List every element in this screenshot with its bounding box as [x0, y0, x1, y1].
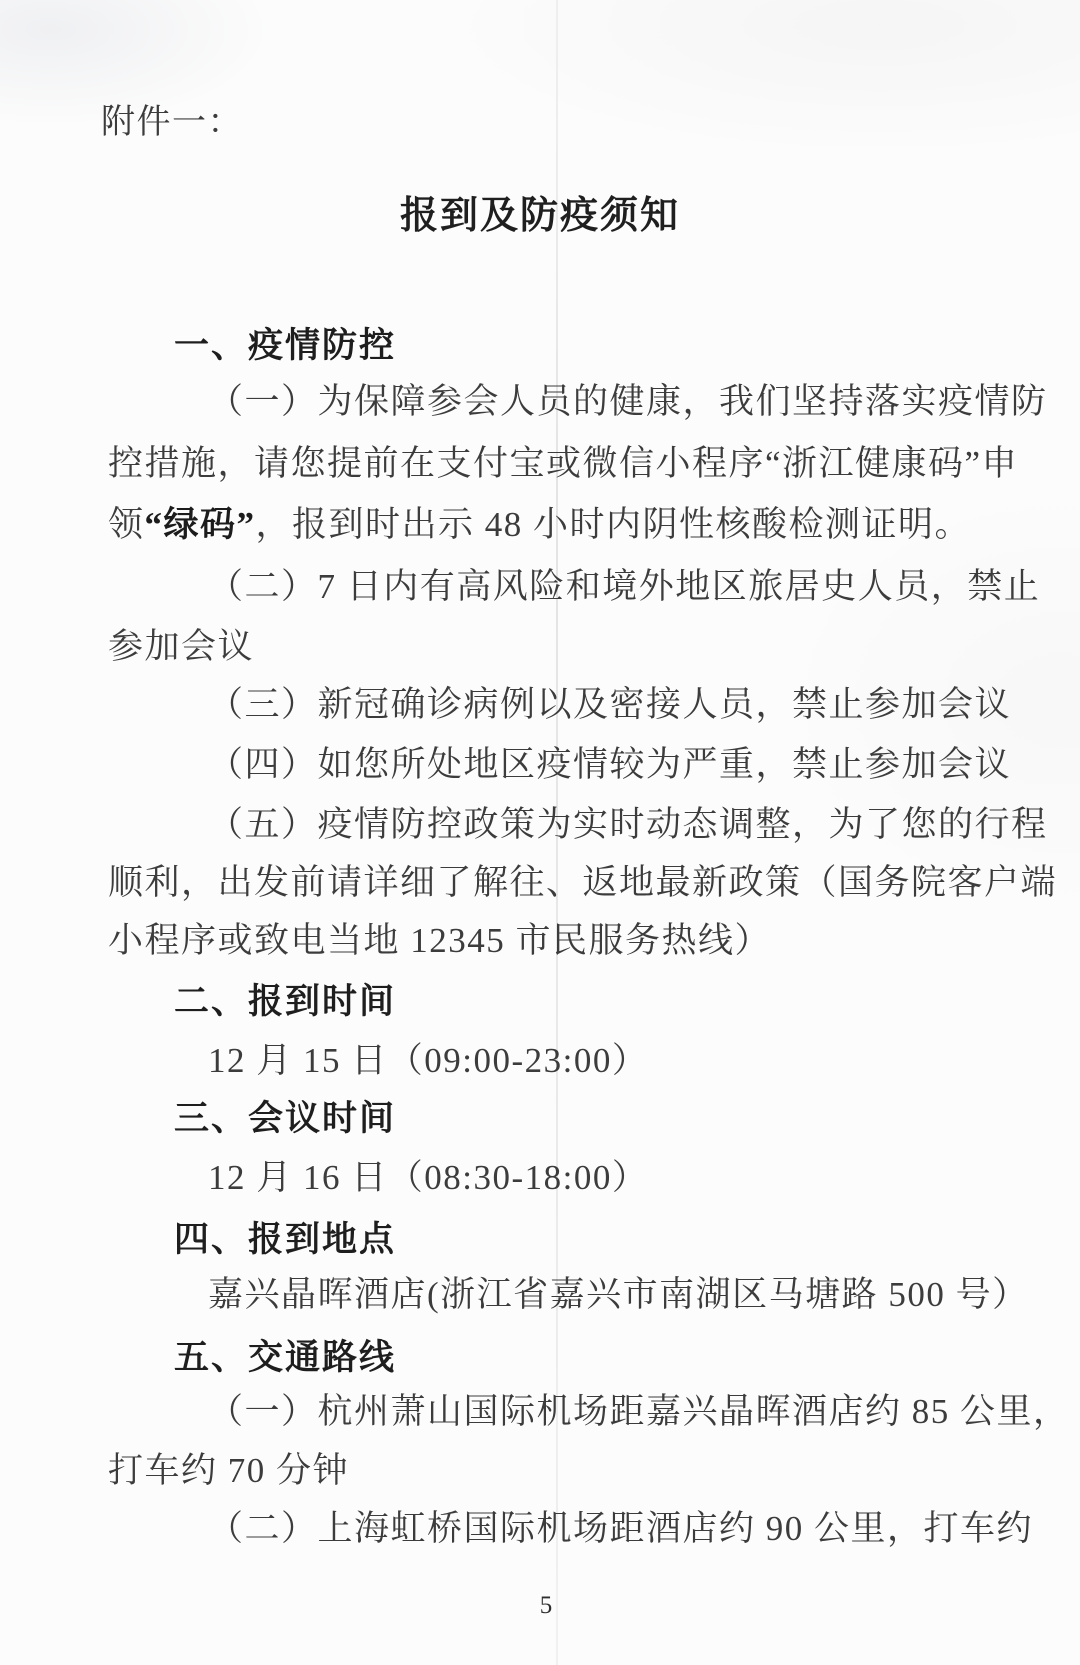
- traffic-para2-line1: （二）上海虹桥国际机场距酒店约 90 公里，打车约: [108, 1508, 1053, 1550]
- green-code-bold: “绿码”: [145, 505, 256, 544]
- scanned-document-page: 附件一： 报到及防疫须知 一、疫情防控 （一）为保障参会人员的健康，我们坚持落实…: [0, 0, 1080, 1665]
- epidemic-para1-line3: 领“绿码”，报到时出示 48 小时内阴性核酸检测证明。: [108, 504, 1053, 546]
- epidemic-para2-line2: 参加会议: [108, 626, 1053, 668]
- meeting-time-value: 12 月 16 日（08:30-18:00）: [108, 1157, 1053, 1199]
- green-code-prefix: 领: [108, 505, 145, 544]
- section-heading-checkin-place: 四、报到地点: [108, 1219, 1053, 1261]
- epidemic-para5-line1: （五）疫情防控政策为实时动态调整，为了您的行程: [108, 804, 1053, 846]
- epidemic-para3: （三）新冠确诊病例以及密接人员，禁止参加会议: [108, 684, 1053, 726]
- document-title: 报到及防疫须知: [0, 194, 1080, 238]
- epidemic-para2-line1: （二）7 日内有高风险和境外地区旅居史人员，禁止: [108, 566, 1053, 608]
- attachment-label: 附件一：: [101, 102, 1046, 144]
- green-code-rest: ，报到时出示 48 小时内阴性核酸检测证明。: [256, 505, 972, 544]
- epidemic-para5-line2: 顺利，出发前请详细了解往、返地最新政策（国务院客户端: [108, 862, 1053, 904]
- epidemic-para5-line3: 小程序或致电当地 12345 市民服务热线）: [108, 920, 1053, 962]
- epidemic-para4: （四）如您所处地区疫情较为严重，禁止参加会议: [108, 744, 1053, 786]
- checkin-time-value: 12 月 15 日（09:00-23:00）: [108, 1040, 1053, 1082]
- section-heading-checkin-time: 二、报到时间: [108, 981, 1053, 1023]
- section-heading-traffic-route: 五、交通路线: [108, 1337, 1053, 1379]
- section-heading-meeting-time: 三、会议时间: [108, 1098, 1053, 1140]
- epidemic-para1-line1: （一）为保障参会人员的健康，我们坚持落实疫情防: [108, 381, 1053, 423]
- section-heading-epidemic-control: 一、疫情防控: [108, 325, 1053, 367]
- checkin-place-address: 嘉兴晶晖酒店(浙江省嘉兴市南湖区马塘路 500 号）: [108, 1274, 1053, 1316]
- page-number: 5: [0, 1592, 1080, 1620]
- epidemic-para1-line2: 控措施，请您提前在支付宝或微信小程序“浙江健康码”申: [108, 443, 1053, 485]
- traffic-para1-line1: （一）杭州萧山国际机场距嘉兴晶晖酒店约 85 公里，: [108, 1391, 1053, 1433]
- traffic-para1-line2: 打车约 70 分钟: [108, 1450, 1053, 1492]
